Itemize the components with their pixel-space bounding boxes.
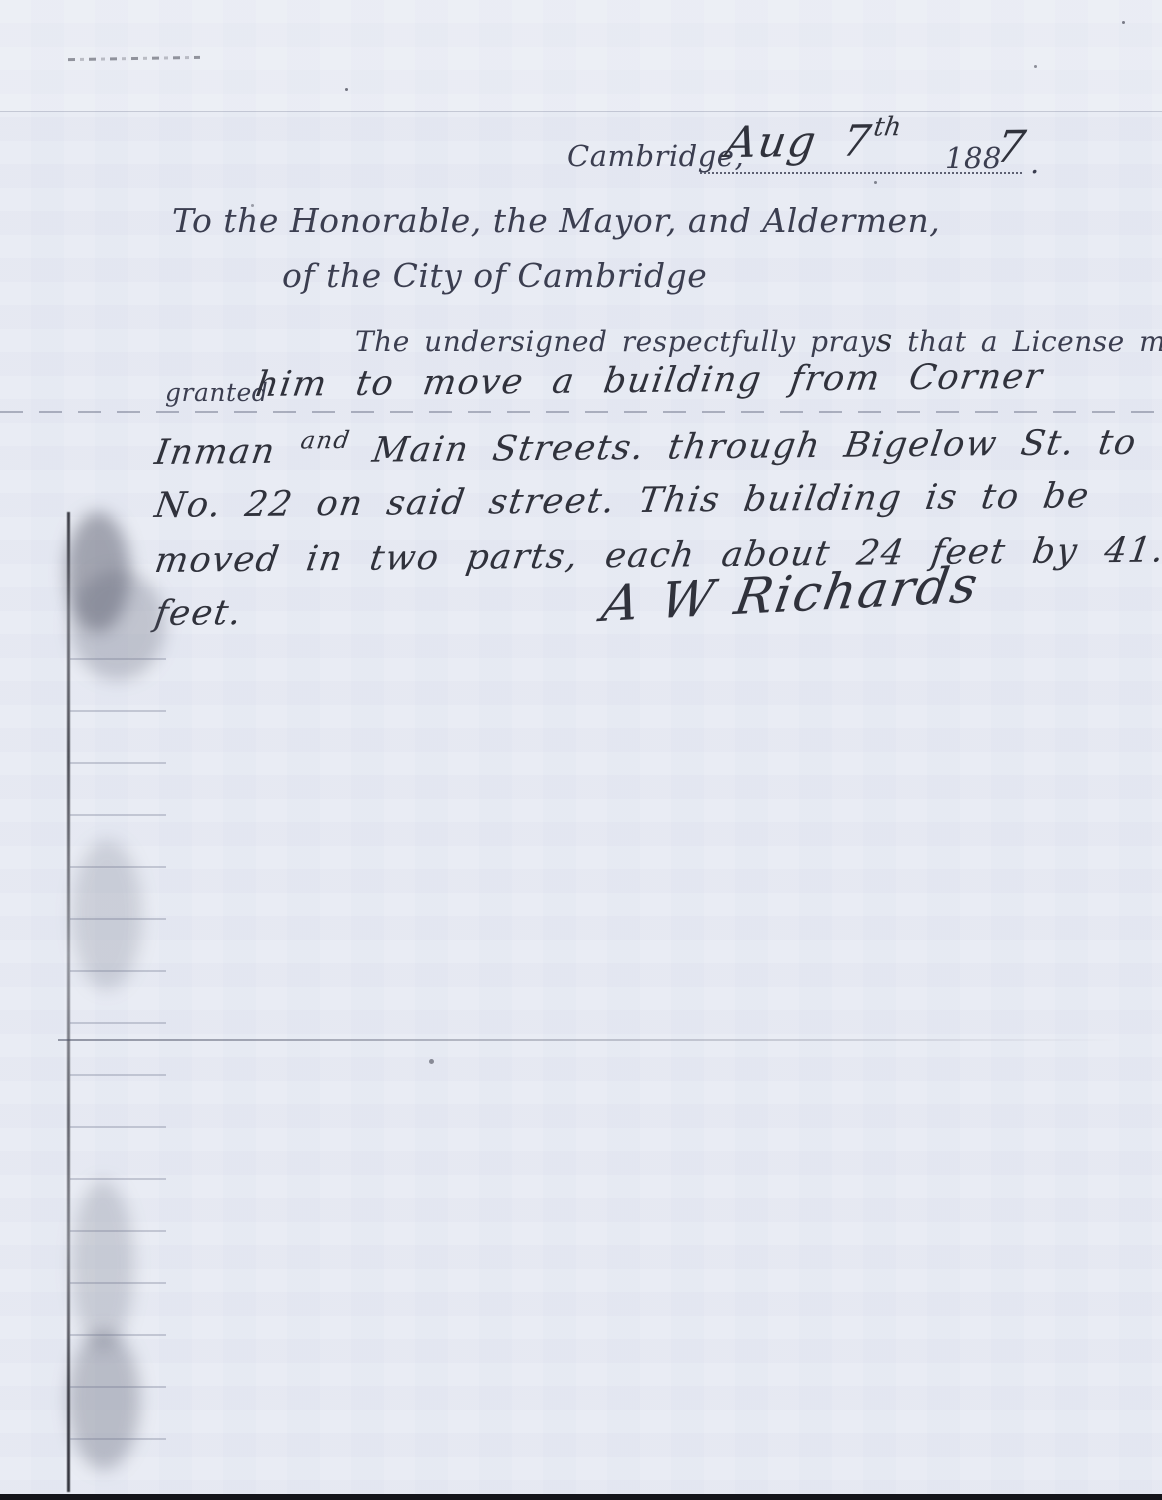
handwritten-date: Aug 7th: [722, 112, 903, 168]
petition-printed-line: The undersigned respectfully prays that …: [355, 321, 1162, 359]
ink-specks: [345, 88, 348, 91]
petition-printed-end: that a License may be: [893, 325, 1162, 358]
handwritten-line-2-start: Inman: [152, 431, 302, 473]
salutation-line-1: To the Honorable, the Mayor, and Alderme…: [172, 201, 940, 240]
faint-ruled-lines: [70, 608, 166, 1474]
handwritten-plural-s: s: [876, 321, 893, 359]
form-fill-dashed-rule: [0, 411, 1162, 413]
handwritten-day: Aug 7: [722, 116, 875, 168]
scan-edge-strip: [0, 1494, 1162, 1500]
handwritten-line-1: him to move a building from Corner: [253, 357, 1046, 405]
handwritten-line-3: No. 22 on said street. This building is …: [152, 476, 1093, 526]
scan-seam-line: [0, 111, 1162, 112]
handwritten-raised-and: and: [299, 426, 353, 455]
petition-printed-start: The undersigned respectfully pray: [355, 325, 876, 358]
faint-horizontal-rule: [58, 1039, 1118, 1041]
scanned-petition-document: Cambridge, Aug 7th 188 7 . To the Honora…: [0, 0, 1162, 1500]
dateline-punctuation: .: [1030, 146, 1040, 180]
salutation-line-2: of the City of Cambridge: [282, 256, 707, 295]
handwritten-year-digit: 7: [993, 122, 1030, 173]
handwritten-line-2-end: Main Streets. through Bigelow St. to: [346, 423, 1140, 471]
day-ordinal-suffix: th: [872, 112, 904, 142]
handwritten-line-2: Inman and Main Streets. through Bigelow …: [152, 418, 1140, 473]
